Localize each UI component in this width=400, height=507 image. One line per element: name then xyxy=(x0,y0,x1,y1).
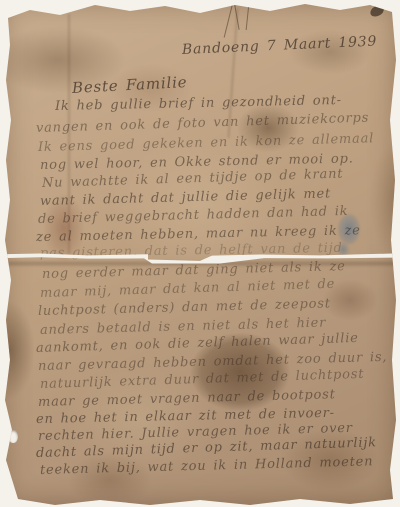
letter-paper: Bandoeng 7 Maart 1939 Beste Familie Ik h… xyxy=(0,0,400,507)
letter-greeting: Beste Familie xyxy=(72,73,188,97)
letter-dateline: Bandoeng 7 Maart 1939 xyxy=(182,33,378,58)
paper-hole xyxy=(9,430,18,443)
handwritten-text: Bandoeng 7 Maart 1939 Beste Familie Ik h… xyxy=(0,0,400,507)
letter-line: Ik heb gullie brief in gezondheid ont- xyxy=(55,93,342,114)
scanned-letter: Bandoeng 7 Maart 1939 Beste Familie Ik h… xyxy=(0,0,400,507)
